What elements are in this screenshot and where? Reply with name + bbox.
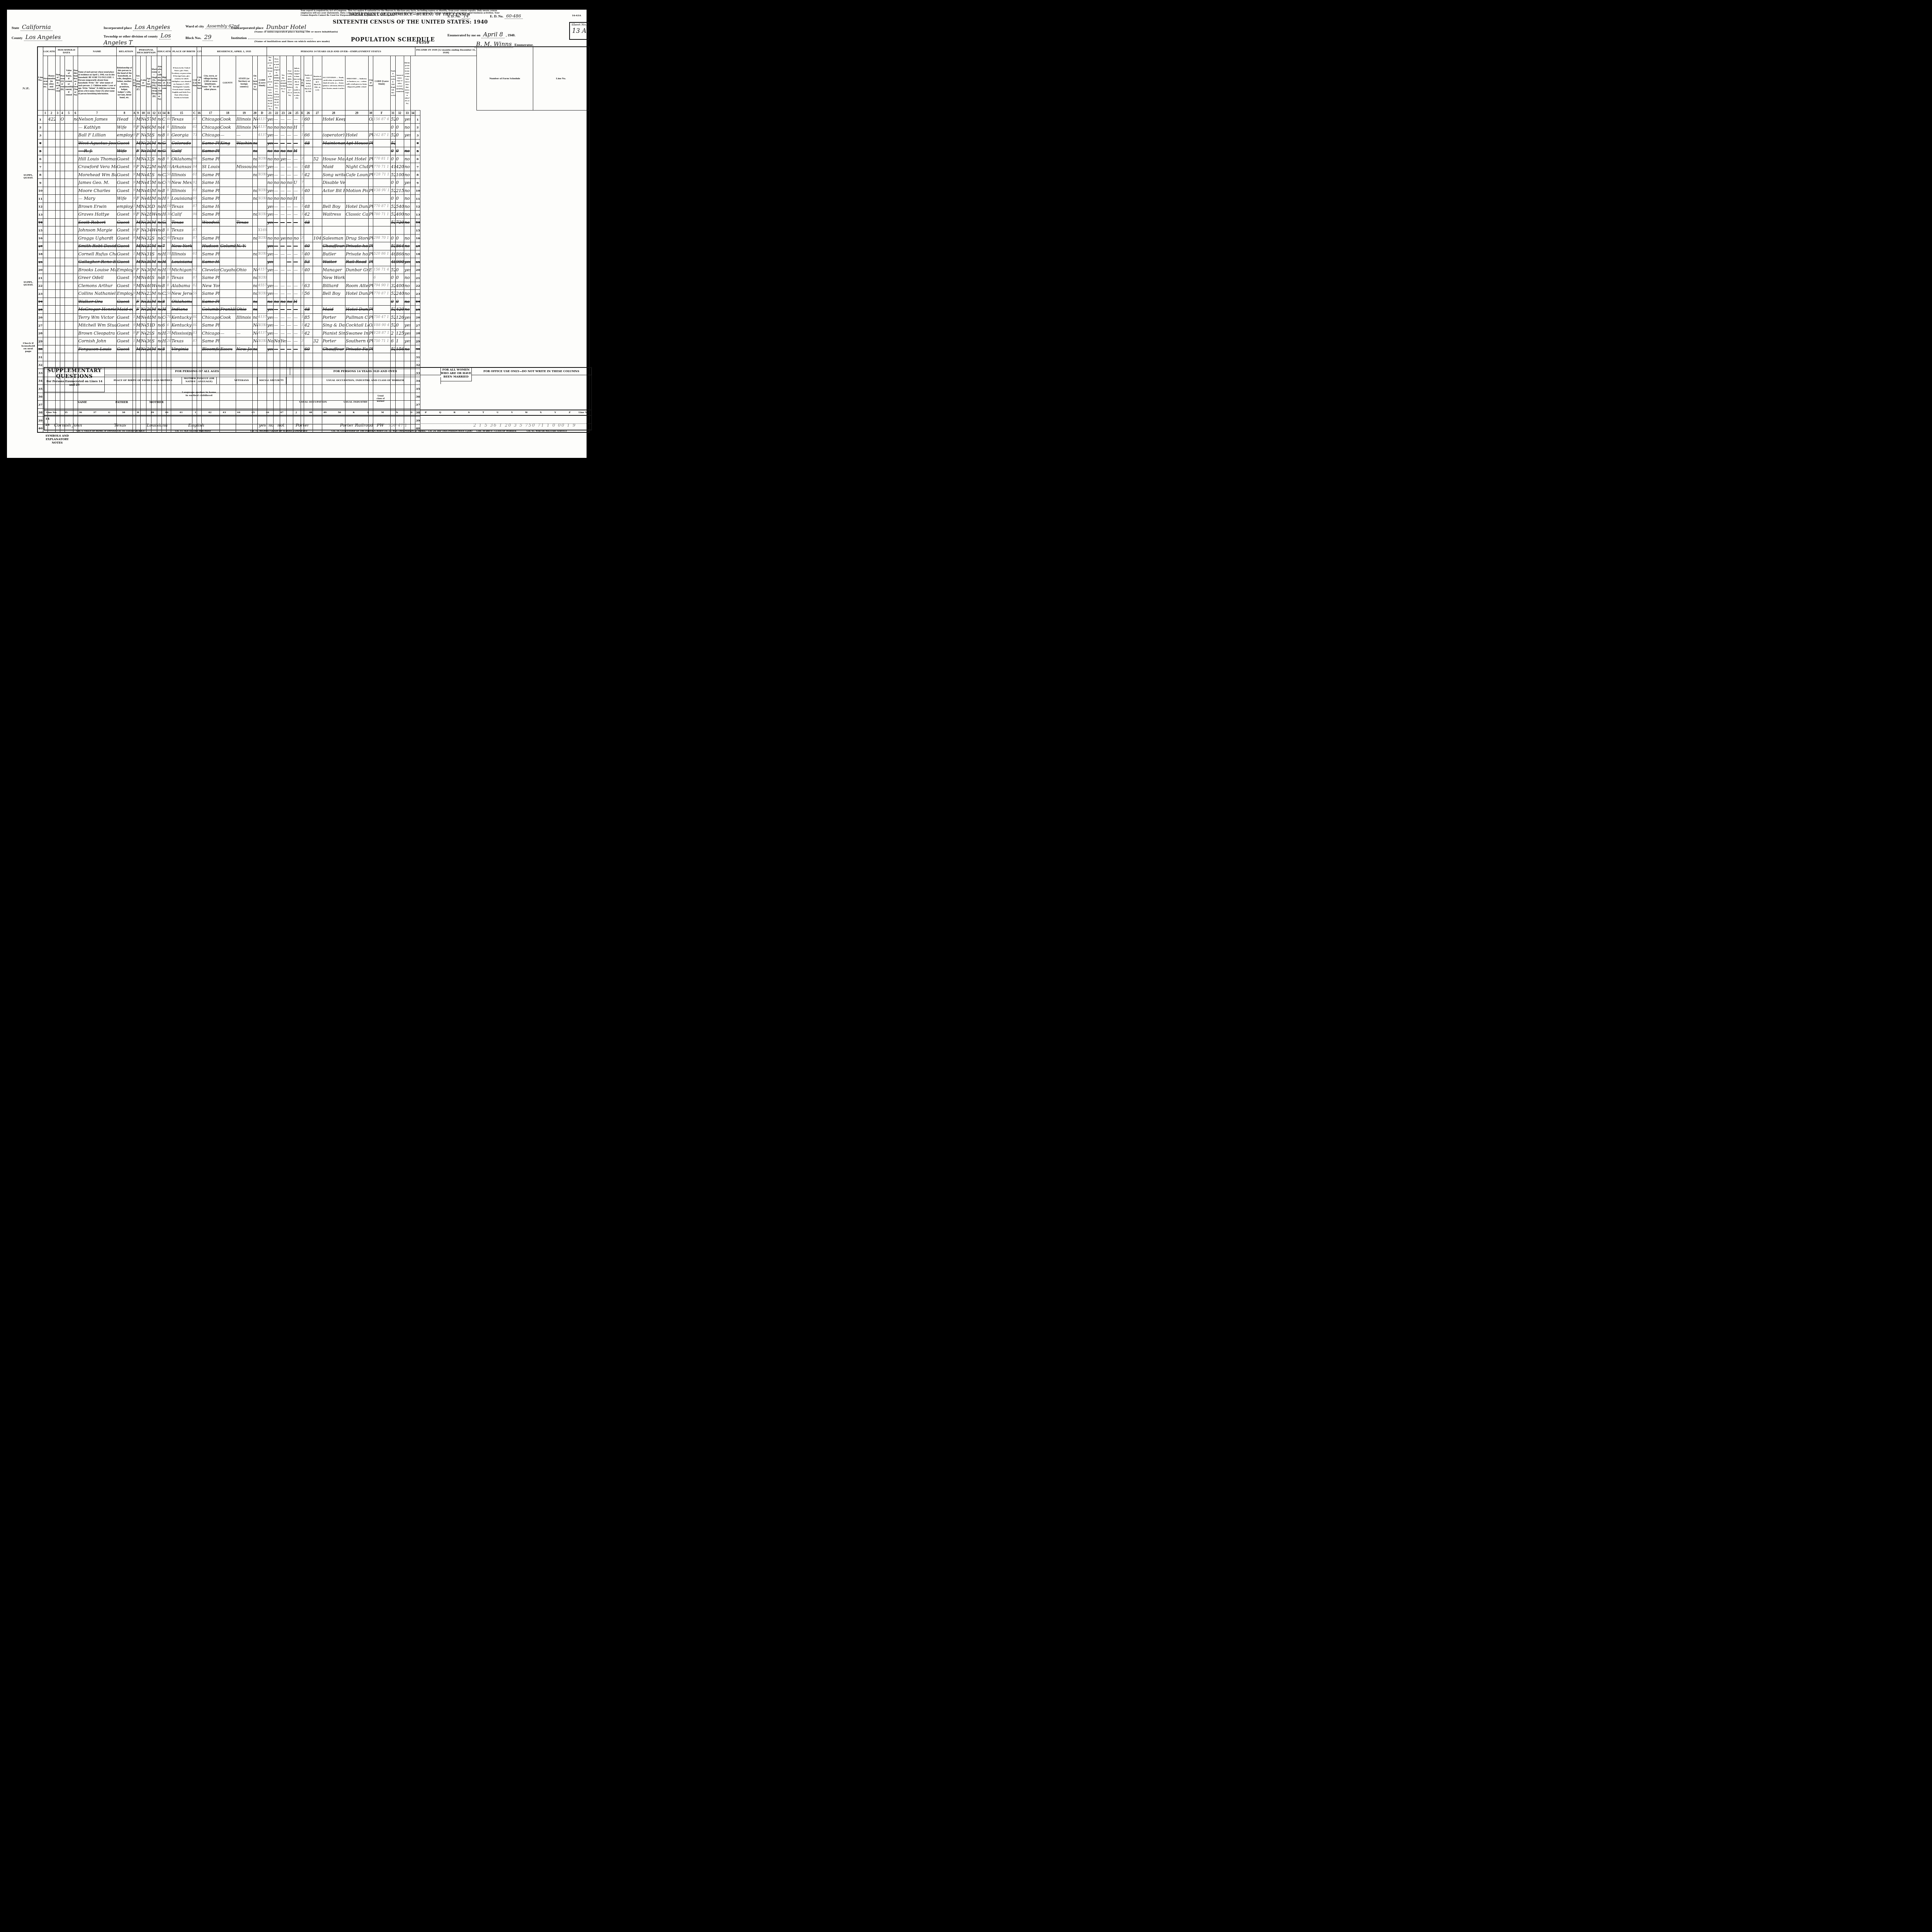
cell-f: 156 87 4 xyxy=(373,116,390,124)
line-number: 36 xyxy=(37,393,43,401)
ed-field: E. D. No. 60-486 xyxy=(490,14,523,19)
cell-sex: F xyxy=(136,163,140,171)
cell-unemp xyxy=(313,171,322,179)
cell-a xyxy=(133,242,136,250)
supp-column-number: R xyxy=(447,410,462,415)
cell-c xyxy=(192,345,197,353)
cell-hrs xyxy=(304,179,313,187)
cell-race: Neg xyxy=(140,131,146,139)
cell-cit xyxy=(197,298,201,306)
cell-hrs xyxy=(304,147,313,155)
cell-c xyxy=(192,139,197,147)
cell-street xyxy=(43,290,48,298)
cell-cit xyxy=(197,329,201,337)
census-row: 28Brown CleopatraGuest9FNeg29SnoH320Miss… xyxy=(37,329,589,337)
cell-hrs: 63 xyxy=(304,282,313,290)
column-number: 28 xyxy=(322,111,345,116)
cell-wks: 0 xyxy=(390,155,395,163)
cell-sex: M xyxy=(136,242,140,250)
cell-farm xyxy=(73,242,78,250)
cell-own xyxy=(60,329,65,337)
cell-sch xyxy=(157,353,162,361)
cell-rel: Head xyxy=(116,116,133,124)
cell-d: 4697 xyxy=(257,163,267,171)
census-row: 22Clemons ArthurGuest9MNeg46Wdno88Alabam… xyxy=(37,282,589,290)
cell-res-farm: No xyxy=(252,123,257,131)
cell-farmsch xyxy=(410,211,415,219)
cell-res-county xyxy=(219,274,236,282)
line-number-right: 8 xyxy=(415,171,420,179)
cell-res-state: Illinois xyxy=(236,313,252,321)
cell-age: 30 xyxy=(146,202,151,211)
cell-d: XOXO xyxy=(257,290,267,298)
cell-farmsch xyxy=(410,242,415,250)
cell-own xyxy=(60,218,65,226)
cell-w21: yes xyxy=(267,211,273,219)
cell-c: 61 xyxy=(192,250,197,258)
cell-w25: — xyxy=(293,116,301,124)
line-number-right: 2 xyxy=(415,123,420,131)
cell-res-farm: no xyxy=(252,274,257,282)
cell-value xyxy=(65,306,73,314)
cell-w24: — xyxy=(286,337,293,345)
cell-res-state xyxy=(236,171,252,179)
cell-occ: Salesman xyxy=(322,234,345,242)
cell-res-state: Missouri xyxy=(236,163,252,171)
cell-sch: no xyxy=(157,195,162,203)
cell-race: Neg xyxy=(140,202,146,211)
cell-occ: Sing & Dance man xyxy=(322,321,345,330)
column-number: 26 xyxy=(304,111,313,116)
cell-own xyxy=(60,139,65,147)
cell-street xyxy=(43,179,48,187)
cell-w23: — xyxy=(280,266,286,274)
cell-birth: Oklahoma xyxy=(171,298,192,306)
cell-unemp: 32 xyxy=(313,337,322,345)
column-number: 27 xyxy=(313,111,322,116)
cell-name: Smith Robt David xyxy=(78,242,116,250)
cell-w25: — xyxy=(293,139,301,147)
cell-unemp xyxy=(313,226,322,235)
cell-cit xyxy=(197,163,201,171)
cell-occ: Waiter xyxy=(322,258,345,266)
cell-street xyxy=(43,195,48,203)
cell-res-county xyxy=(219,353,236,361)
cell-e xyxy=(301,147,304,155)
cell-birth: Illinois xyxy=(171,250,192,258)
line-number: 25 xyxy=(37,306,43,314)
supp-column-number: 50 xyxy=(332,410,347,415)
cell-cit xyxy=(197,353,201,361)
supp-column-number: U xyxy=(490,410,505,415)
cell-age: 32 xyxy=(146,234,151,242)
cell-rel: Guest xyxy=(116,274,133,282)
cell-farmsch xyxy=(410,313,415,321)
cell-hh xyxy=(55,155,60,163)
cell-unemp xyxy=(313,195,322,203)
cell-farm xyxy=(73,345,78,353)
cell-cit xyxy=(197,179,201,187)
cell-wks xyxy=(390,226,395,235)
cell-f: 520 86 1 xyxy=(373,250,390,258)
census-row: 25McGregor HenriettaMaid empFNeg29MnoH2I… xyxy=(37,306,589,314)
cell-c xyxy=(192,258,197,266)
cell-b xyxy=(166,139,171,147)
cell-mar: M xyxy=(151,163,157,171)
cell-c: 87 xyxy=(192,202,197,211)
census-row: 23Collins Nathaniel T.Employe9MNeg23MnoC… xyxy=(37,290,589,298)
cell-sex xyxy=(136,353,140,361)
cell-wage: 1000 xyxy=(395,171,404,179)
cell-w21: yes xyxy=(267,131,273,139)
cell-sex: M xyxy=(136,234,140,242)
cell-wks: 32 xyxy=(390,282,395,290)
cell-d: 4137 xyxy=(257,116,267,124)
cell-wage: 864 xyxy=(395,242,404,250)
cell-grade: H1 xyxy=(162,195,166,203)
cell-w22 xyxy=(273,274,280,282)
cell-street xyxy=(43,329,48,337)
cell-a: 9 xyxy=(133,266,136,274)
cell-street xyxy=(43,321,48,330)
cell-own xyxy=(60,211,65,219)
cell-unemp xyxy=(313,250,322,258)
cell-occ: Maid xyxy=(322,306,345,314)
cell-rel: Wife xyxy=(116,147,133,155)
cell-wks: 52 xyxy=(390,321,395,330)
cell-own xyxy=(60,234,65,242)
cell-wage: 1 xyxy=(395,337,404,345)
cell-w22: — xyxy=(273,131,280,139)
cell-sch: no xyxy=(157,290,162,298)
column-number: 25 xyxy=(293,111,301,116)
cell-e: 1 xyxy=(301,131,304,139)
cell-mar: M xyxy=(151,266,157,274)
cell-b: 8 xyxy=(166,274,171,282)
supp-soc-44: not xyxy=(277,423,284,428)
cell-sex: M xyxy=(136,202,140,211)
column-number: 10 xyxy=(140,111,146,116)
cell-race: Neg xyxy=(140,187,146,195)
cell-w24: — xyxy=(286,131,293,139)
cell-w23: — xyxy=(280,211,286,219)
column-number: 4 xyxy=(60,111,65,116)
census-row: 27Mitchell Wm StuartGuest9MNeg51Dno66Ken… xyxy=(37,321,589,330)
line-number: 13 xyxy=(37,211,43,219)
line-number: 1 xyxy=(37,116,43,124)
cell-w22: — xyxy=(273,321,280,330)
cell-house xyxy=(48,345,55,353)
line-number: 23 xyxy=(37,290,43,298)
supp-column-numbers: Line No.353637G38H394041I424344454647J48… xyxy=(44,410,591,416)
cell-res-county xyxy=(219,147,236,155)
cell-wage: 0 xyxy=(395,298,404,306)
cell-wks: 52 xyxy=(390,242,395,250)
cell-own xyxy=(60,226,65,235)
cell-birth: Alabama xyxy=(171,282,192,290)
cell-b: 10 xyxy=(166,266,171,274)
cell-rel: Guest xyxy=(116,250,133,258)
cell-occ xyxy=(322,123,345,131)
cell-age: 46 xyxy=(146,274,151,282)
cell-d xyxy=(257,139,267,147)
cell-farmsch xyxy=(410,282,415,290)
cell-own xyxy=(60,195,65,203)
cell-w21: no xyxy=(267,123,273,131)
census-row: 3131 xyxy=(37,353,589,361)
cell-age: 48 xyxy=(146,313,151,321)
cell-inc: yes xyxy=(404,329,410,337)
line-number-right: 20 xyxy=(415,266,420,274)
cell-w24: — xyxy=(286,218,293,226)
cell-race xyxy=(140,353,146,361)
cell-cit xyxy=(197,234,201,242)
cell-race: Neg xyxy=(140,116,146,124)
line-number-right: 9 xyxy=(415,179,420,187)
cell-w25: — xyxy=(293,306,301,314)
cell-rel: Guest xyxy=(116,234,133,242)
cell-hh xyxy=(55,147,60,155)
cell-b: 8 xyxy=(166,282,171,290)
cell-grade: 8 xyxy=(162,274,166,282)
cell-a: 1 xyxy=(133,202,136,211)
cell-farm xyxy=(73,298,78,306)
cell-grade: H2 xyxy=(162,258,166,266)
cell-res-county xyxy=(219,202,236,211)
cell-hrs xyxy=(304,155,313,163)
cell-w23: — xyxy=(280,131,286,139)
cell-cit xyxy=(197,202,201,211)
cell-farm xyxy=(73,250,78,258)
supp-column-number: Line No. xyxy=(44,410,59,415)
cell-value xyxy=(65,274,73,282)
cell-unemp xyxy=(313,290,322,298)
cell-cls xyxy=(368,147,373,155)
cell-w23: no xyxy=(280,123,286,131)
cell-w21: no xyxy=(267,147,273,155)
cell-w21: yes xyxy=(267,266,273,274)
supp-quest-marker-14: SUPPL. QUEST. xyxy=(22,174,35,179)
cell-f: V38 9V 1 xyxy=(373,187,390,195)
cell-d xyxy=(257,179,267,187)
column-number: 1 xyxy=(43,111,48,116)
cell-race: Neg xyxy=(140,163,146,171)
cell-cls: E xyxy=(368,266,373,274)
cell-ind: Drug Store xyxy=(345,234,368,242)
cell-name: Gallagher Rene Edw xyxy=(78,258,116,266)
cell-w22: — xyxy=(273,282,280,290)
cell-age: 37 xyxy=(146,242,151,250)
cell-ind: Classic Cafe xyxy=(345,211,368,219)
cell-res-farm: no xyxy=(252,187,257,195)
cell-sch: no xyxy=(157,258,162,266)
cell-d xyxy=(257,258,267,266)
cell-unemp xyxy=(313,123,322,131)
line-number: 28 xyxy=(37,329,43,337)
supp-column-number: H xyxy=(131,410,145,415)
cell-sex: M xyxy=(136,155,140,163)
cell-w23: — xyxy=(280,187,286,195)
cell-w24: — xyxy=(286,242,293,250)
cell-ind xyxy=(345,116,368,124)
cell-name: Hill Louis Thomas xyxy=(78,155,116,163)
cell-sch: no xyxy=(157,123,162,131)
cell-farmsch xyxy=(410,155,415,163)
cell-value xyxy=(65,242,73,250)
cell-farmsch xyxy=(410,258,415,266)
cell-e: 5 xyxy=(301,195,304,203)
cell-w24: no xyxy=(286,195,293,203)
cell-house xyxy=(48,202,55,211)
cell-hrs xyxy=(304,274,313,282)
header-name: NAME xyxy=(78,47,116,56)
cell-wks: 52 xyxy=(390,211,395,219)
cell-w23: — xyxy=(280,345,286,353)
cell-inc: yes xyxy=(404,337,410,345)
cell-b: 50 xyxy=(166,171,171,179)
cell-street xyxy=(43,202,48,211)
cell-birth: Georgia xyxy=(171,131,192,139)
cell-res-city: Hudson xyxy=(201,242,219,250)
cell-unemp xyxy=(313,306,322,314)
cell-grade: C1 xyxy=(162,139,166,147)
cell-age: 51 xyxy=(146,321,151,330)
cell-house xyxy=(48,353,55,361)
line-number-right: 29 xyxy=(415,337,420,345)
cell-grade: C1 xyxy=(162,234,166,242)
cell-res-farm: no xyxy=(252,147,257,155)
cell-farmsch xyxy=(410,266,415,274)
cell-value xyxy=(65,179,73,187)
cell-age: 29 xyxy=(146,306,151,314)
supp-usual-industry: Porter Railroad xyxy=(340,423,373,428)
cell-w23: no xyxy=(280,179,286,187)
cell-unemp: 104 xyxy=(313,234,322,242)
cell-hrs: 40 xyxy=(304,187,313,195)
header-employment: PERSONS 14 YEARS OLD AND OVER—EMPLOYMENT… xyxy=(267,47,415,56)
cell-f xyxy=(373,242,390,250)
cell-grade: 8 xyxy=(162,187,166,195)
cell-res-state xyxy=(236,234,252,242)
cell-birth: Kentucky xyxy=(171,313,192,321)
cell-name: Clemons Arthur xyxy=(78,282,116,290)
cell-grade: 8 xyxy=(162,298,166,306)
cell-sch: no xyxy=(157,298,162,306)
cell-occ: New Worker xyxy=(322,274,345,282)
next-page-check-note: Check if household on next page xyxy=(21,342,36,353)
cell-value xyxy=(65,131,73,139)
cell-mar: S xyxy=(151,337,157,345)
cell-e: 1 xyxy=(301,266,304,274)
census-row: 12Brown Erwinemploye1MNeg30DnoH210Texas8… xyxy=(37,202,589,211)
cell-e: 3 xyxy=(301,155,304,163)
cell-res-county: Cuyahoga xyxy=(219,266,236,274)
cell-a: 9 xyxy=(133,171,136,179)
cell-sch: no xyxy=(157,282,162,290)
cell-name: — Kathlyn xyxy=(78,123,116,131)
cell-w21: yes xyxy=(267,163,273,171)
line-number-right: 4 xyxy=(415,139,420,147)
supp-column-number: 49 xyxy=(318,410,332,415)
line-number: 8 xyxy=(37,171,43,179)
cell-cit xyxy=(197,250,201,258)
supp-column-number: 41 xyxy=(174,410,188,415)
cell-w22: — xyxy=(273,313,280,321)
cell-w24: — xyxy=(286,155,293,163)
cell-sex: M xyxy=(136,258,140,266)
cell-value xyxy=(65,234,73,242)
cell-d: XOXO xyxy=(257,234,267,242)
cell-age: 49 xyxy=(146,187,151,195)
column-number: 32 xyxy=(395,111,404,116)
cell-occ: Pianist Singer xyxy=(322,329,345,337)
cell-ind: Dunbar Grill xyxy=(345,266,368,274)
cell-res-state xyxy=(236,290,252,298)
cell-cit xyxy=(197,313,201,321)
cell-res-county: Cook xyxy=(219,116,236,124)
cell-grade: C2 xyxy=(162,290,166,298)
cell-sch: no xyxy=(157,266,162,274)
cell-wks: 0 xyxy=(390,234,395,242)
cell-inc: no xyxy=(404,163,410,171)
cell-grade: H4 xyxy=(162,211,166,219)
cell-c: 87 xyxy=(192,226,197,235)
cell-cls: OA xyxy=(368,116,373,124)
cell-cit xyxy=(197,195,201,203)
census-row: 19Gallagher Rene EdwGuestMNeg39MnoH2Loui… xyxy=(37,258,589,266)
cell-hh xyxy=(55,266,60,274)
cell-grade: C4 xyxy=(162,313,166,321)
cell-b: 10 xyxy=(166,163,171,171)
cell-mar: M xyxy=(151,116,157,124)
census-row: 24Walker OraGuestFNeg33Mno8OklahomaSame … xyxy=(37,298,589,306)
cell-c: 87 xyxy=(192,234,197,242)
cell-d xyxy=(257,202,267,211)
cell-wks: 52 xyxy=(390,202,395,211)
cell-age: 46 xyxy=(146,282,151,290)
cell-w23 xyxy=(280,274,286,282)
cell-rel: Guest xyxy=(116,226,133,235)
cell-w21: yes xyxy=(267,258,273,266)
cell-grade xyxy=(162,353,166,361)
cell-street xyxy=(43,313,48,321)
cell-w24 xyxy=(286,226,293,235)
cell-a: 1 xyxy=(133,155,136,163)
cell-house xyxy=(48,147,55,155)
cell-w23: — xyxy=(280,282,286,290)
cell-hh xyxy=(55,211,60,219)
cell-own xyxy=(60,266,65,274)
cell-w25 xyxy=(293,226,301,235)
cell-inc: no xyxy=(404,290,410,298)
cell-occ: Disable Veteran xyxy=(322,179,345,187)
cell-mar: M xyxy=(151,345,157,353)
cell-res-city: Cleveland xyxy=(201,266,219,274)
line-number: 33 xyxy=(37,369,43,377)
cell-sex: F xyxy=(136,306,140,314)
cell-birth: Illinois xyxy=(171,171,192,179)
cell-street xyxy=(43,242,48,250)
line-number-right: 17 xyxy=(415,242,420,250)
cell-hh xyxy=(55,116,60,124)
census-row: 26Terry Wm VictorGuest1MNeg48MnoC470Kent… xyxy=(37,313,589,321)
cell-ind xyxy=(345,353,368,361)
cell-hrs: 48 xyxy=(304,306,313,314)
cell-name: Terry Wm Victor xyxy=(78,313,116,321)
cell-res-county xyxy=(219,226,236,235)
cell-farm: no xyxy=(73,116,78,124)
column-number xyxy=(37,111,43,116)
